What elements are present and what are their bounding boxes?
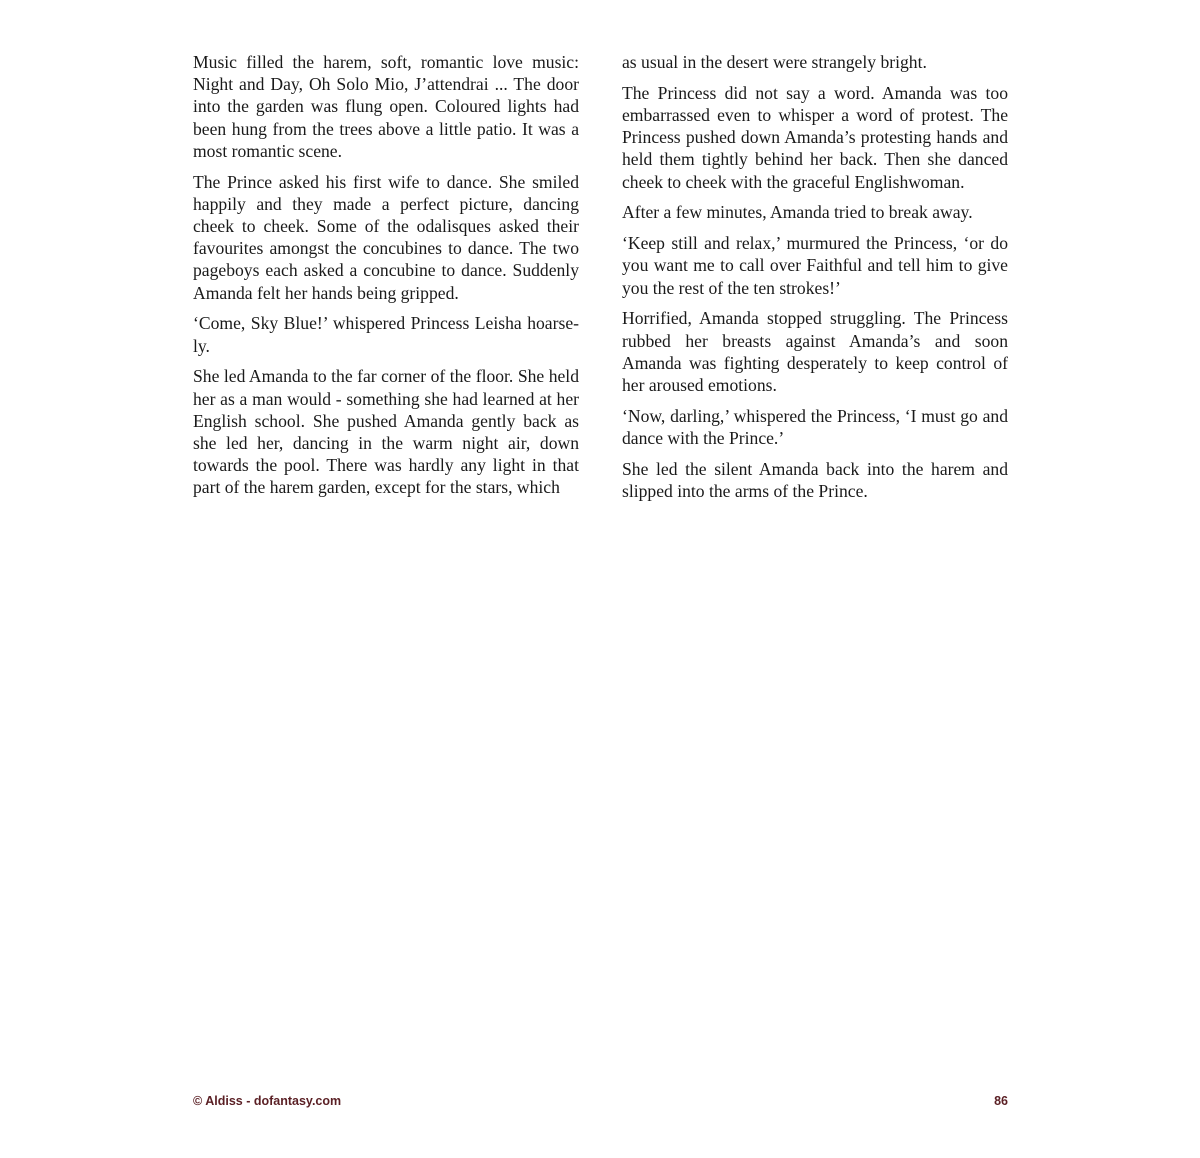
paragraph: as usual in the desert were strangely br… [622, 51, 1008, 73]
paragraph: The Princess did not say a word. Amanda … [622, 82, 1008, 193]
paragraph: ‘Come, Sky Blue!’ whispered Princess Lei… [193, 312, 579, 356]
text-column-left: Music filled the harem, soft, romantic l… [193, 51, 579, 507]
document-page: Music filled the harem, soft, romantic l… [0, 0, 1200, 1158]
paragraph: Horrified, Amanda stopped struggling. Th… [622, 307, 1008, 396]
paragraph: She led the silent Amanda back into the … [622, 458, 1008, 502]
copyright-credit: © Aldiss - dofantasy.com [193, 1094, 341, 1108]
page-footer: © Aldiss - dofantasy.com 86 [193, 1094, 1008, 1112]
paragraph: Music filled the harem, soft, romantic l… [193, 51, 579, 162]
paragraph: After a few minutes, Amanda tried to bre… [622, 201, 1008, 223]
paragraph: ‘Keep still and relax,’ murmured the Pri… [622, 232, 1008, 299]
paragraph: She led Amanda to the far corner of the … [193, 365, 579, 498]
text-column-right: as usual in the desert were strangely br… [622, 51, 1008, 511]
paragraph: The Prince asked his first wife to dance… [193, 171, 579, 304]
page-number: 86 [994, 1094, 1008, 1108]
paragraph: ‘Now, darling,’ whispered the Princess, … [622, 405, 1008, 449]
